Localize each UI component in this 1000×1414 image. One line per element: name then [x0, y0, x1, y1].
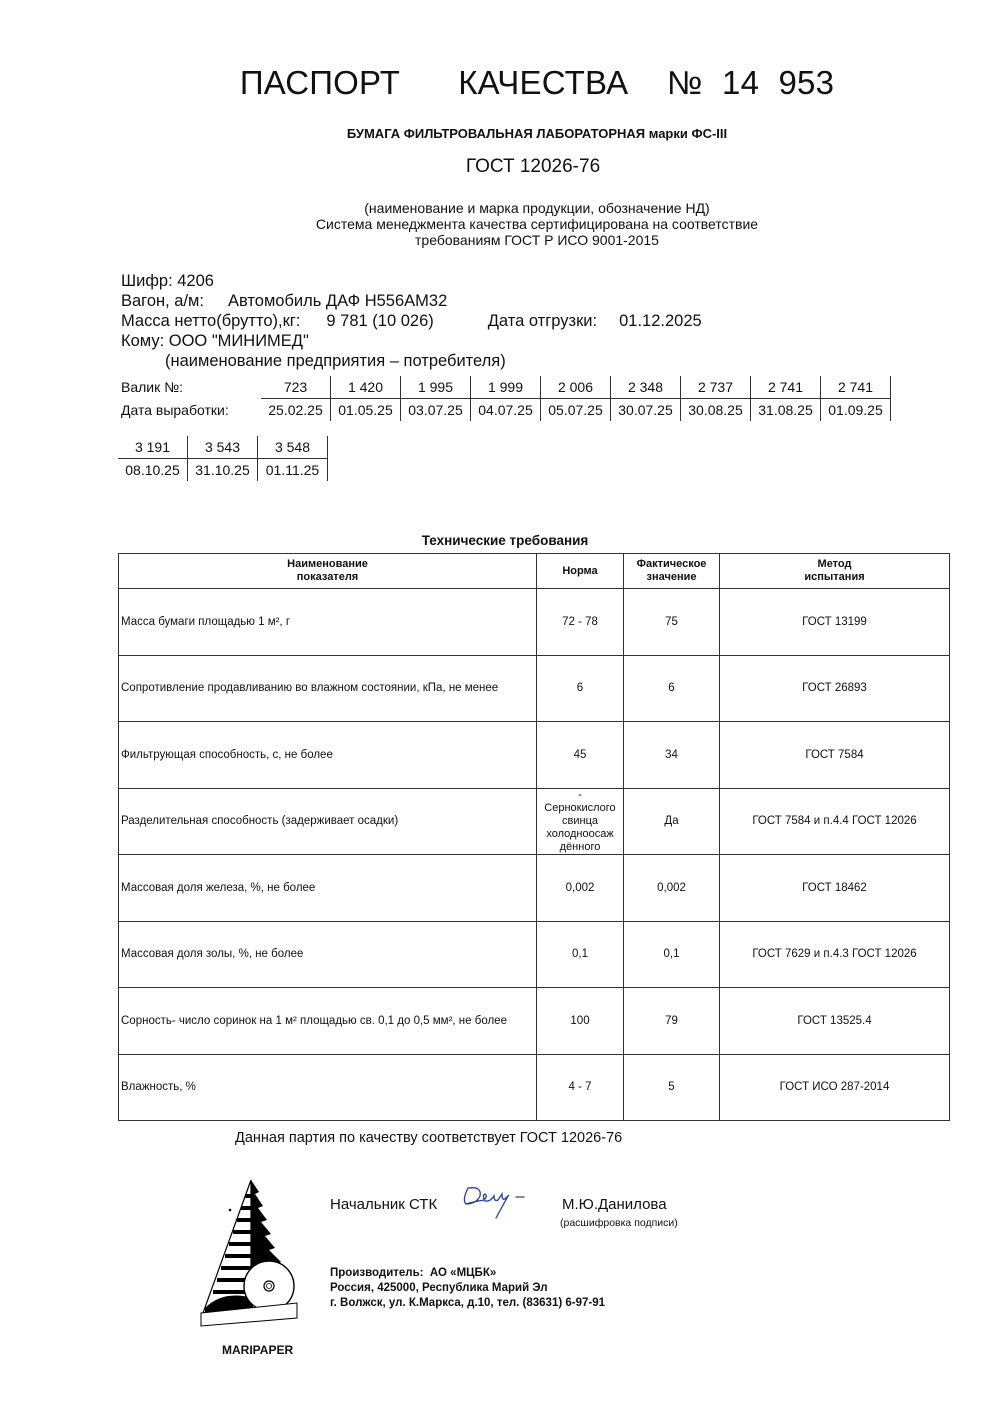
norm-value: 72 - 78 — [537, 589, 624, 656]
table-header-row: Наименование показателя Норма Фактическо… — [119, 554, 950, 589]
roll-number: 2 348 — [611, 376, 681, 399]
production-date: 01.05.25 — [331, 399, 401, 422]
norm-value: 4 - 7 — [537, 1054, 624, 1121]
table-row: Разделительная способность (задерживает … — [119, 788, 950, 855]
production-date-label: Дата выработки: — [121, 399, 261, 422]
indicator-name: Влажность, % — [119, 1054, 537, 1121]
test-method: ГОСТ 13199 — [720, 589, 950, 656]
indicator-name: Масса бумаги площадью 1 м², г — [119, 589, 537, 656]
signer-name: М.Ю.Данилова — [562, 1196, 667, 1213]
test-method: ГОСТ 7629 и п.4.3 ГОСТ 12026 — [720, 921, 950, 988]
norm-value: 0,1 — [537, 921, 624, 988]
manufacturer-line-3: г. Волжск, ул. К.Маркса, д.10, тел. (836… — [330, 1296, 605, 1311]
mass-value: 9 781 (10 026) — [326, 312, 433, 330]
ship-date-label: Дата отгрузки: — [488, 312, 597, 330]
manufacturer-line-2: Россия, 425000, Республика Марий Эл — [330, 1281, 605, 1296]
norm-value: 100 — [537, 988, 624, 1055]
recipient: Кому: ООО "МИНИМЕД" — [121, 331, 702, 351]
table-row: Массовая доля золы, %, не более0,10,1ГОС… — [119, 921, 950, 988]
roll-label: Валик №: — [121, 376, 261, 399]
production-date: 08.10.25 — [118, 459, 188, 482]
vehicle-row: Вагон, а/м:Автомобиль ДАФ Н556АМ32 — [121, 291, 702, 311]
recipient-note: (наименование предприятия – потребителя) — [121, 351, 702, 371]
actual-value: 0,002 — [624, 855, 720, 922]
production-date: 05.07.25 — [541, 399, 611, 422]
roll-number: 2 741 — [821, 376, 891, 399]
roll-number: 3 543 — [188, 436, 258, 459]
actual-value: 0,1 — [624, 921, 720, 988]
mass-label: Масса нетто(брутто),кг: — [121, 312, 300, 330]
col-actual-header: Фактическое значение — [624, 554, 720, 589]
actual-value: 34 — [624, 722, 720, 789]
production-date: 30.08.25 — [681, 399, 751, 422]
shipment-info: Шифр: 4206 Вагон, а/м:Автомобиль ДАФ Н55… — [121, 271, 702, 371]
actual-value: 6 — [624, 655, 720, 722]
conformity-statement: Данная партия по качеству соответствует … — [235, 1130, 622, 1146]
vehicle-value: Автомобиль ДАФ Н556АМ32 — [228, 292, 447, 310]
actual-value: 5 — [624, 1054, 720, 1121]
production-date: 30.07.25 — [611, 399, 681, 422]
indicator-name: Разделительная способность (задерживает … — [119, 788, 537, 855]
norm-value: 0,002 — [537, 855, 624, 922]
product-standard: ГОСТ 12026-76 — [0, 156, 1000, 178]
production-date: 03.07.25 — [401, 399, 471, 422]
technical-requirements-title: Технические требования — [0, 533, 1000, 548]
test-method: ГОСТ 13525.4 — [720, 988, 950, 1055]
rolls-table-2: 3 1913 5433 548 08.10.2531.10.2501.11.25 — [118, 436, 328, 481]
production-date: 01.11.25 — [258, 459, 328, 482]
actual-value: 79 — [624, 988, 720, 1055]
test-method: ГОСТ 7584 — [720, 722, 950, 789]
roll-number: 3 548 — [258, 436, 328, 459]
maripaper-logo-icon — [193, 1178, 305, 1328]
rolls-table-1: Валик №: 7231 4201 9951 9992 0062 3482 7… — [121, 376, 891, 421]
norm-value: 45 — [537, 722, 624, 789]
table-row: Фильтрующая способность, с, не более4534… — [119, 722, 950, 789]
indicator-name: Фильтрующая способность, с, не более — [119, 722, 537, 789]
indicator-name: Сопротивление продавливанию во влажном с… — [119, 655, 537, 722]
table-row: Сорность- число соринок на 1 м² площадью… — [119, 988, 950, 1055]
logo-text: MARIPAPER — [222, 1343, 293, 1357]
roll-number: 1 420 — [331, 376, 401, 399]
production-date: 25.02.25 — [261, 399, 331, 422]
roll-number: 723 — [261, 376, 331, 399]
mass-row: Масса нетто(брутто),кг:9 781 (10 026)Дат… — [121, 311, 702, 331]
technical-requirements-table: Наименование показателя Норма Фактическо… — [118, 553, 950, 1121]
manufacturer-info: Производитель: АО «МЦБК» Россия, 425000,… — [330, 1266, 605, 1311]
norm-value: - Сернокислого свинца холодноосаж дённог… — [537, 788, 624, 855]
table-row: Массовая доля железа, %, не более0,0020,… — [119, 855, 950, 922]
roll-number: 2 737 — [681, 376, 751, 399]
test-method: ГОСТ 18462 — [720, 855, 950, 922]
roll-number: 2 006 — [541, 376, 611, 399]
col-norm-header: Норма — [537, 554, 624, 589]
manufacturer-line-1: Производитель: АО «МЦБК» — [330, 1266, 605, 1281]
roll-number: 3 191 — [118, 436, 188, 459]
signature-icon — [458, 1180, 538, 1220]
indicator-name: Массовая доля золы, %, не более — [119, 921, 537, 988]
table-row: Влажность, %4 - 75ГОСТ ИСО 287-2014 — [119, 1054, 950, 1121]
roll-number: 1 999 — [471, 376, 541, 399]
signer-hint: (расшифровка подписи) — [560, 1217, 678, 1229]
production-date: 01.09.25 — [821, 399, 891, 422]
roll-number: 1 995 — [401, 376, 471, 399]
indicator-name: Массовая доля железа, %, не более — [119, 855, 537, 922]
document-title: ПАСПОРТ КАЧЕСТВА № 14 953 — [0, 64, 1000, 102]
vehicle-label: Вагон, а/м: — [121, 292, 204, 310]
production-date: 31.08.25 — [751, 399, 821, 422]
cipher: Шифр: 4206 — [121, 271, 702, 291]
production-date: 04.07.25 — [471, 399, 541, 422]
col-name-header: Наименование показателя — [119, 554, 537, 589]
col-method-header: Метод испытания — [720, 554, 950, 589]
nd-note: (наименование и марка продукции, обознач… — [0, 200, 1000, 216]
qms-line-2: требованиям ГОСТ Р ИСО 9001-2015 — [0, 232, 1000, 248]
signer-title: Начальник СТК — [330, 1196, 437, 1213]
product-name: БУМАГА ФИЛЬТРОВАЛЬНАЯ ЛАБОРАТОРНАЯ марки… — [0, 126, 1000, 141]
table-row: Сопротивление продавливанию во влажном с… — [119, 655, 950, 722]
actual-value: 75 — [624, 589, 720, 656]
production-date: 31.10.25 — [188, 459, 258, 482]
qms-note: (наименование и марка продукции, обознач… — [0, 200, 1000, 248]
norm-value: 6 — [537, 655, 624, 722]
test-method: ГОСТ 26893 — [720, 655, 950, 722]
table-row: Масса бумаги площадью 1 м², г72 - 7875ГО… — [119, 589, 950, 656]
indicator-name: Сорность- число соринок на 1 м² площадью… — [119, 988, 537, 1055]
actual-value: Да — [624, 788, 720, 855]
qms-line-1: Система менеджмента качества сертифициро… — [0, 216, 1000, 232]
ship-date-value: 01.12.2025 — [619, 312, 702, 330]
roll-number: 2 741 — [751, 376, 821, 399]
test-method: ГОСТ ИСО 287-2014 — [720, 1054, 950, 1121]
test-method: ГОСТ 7584 и п.4.4 ГОСТ 12026 — [720, 788, 950, 855]
